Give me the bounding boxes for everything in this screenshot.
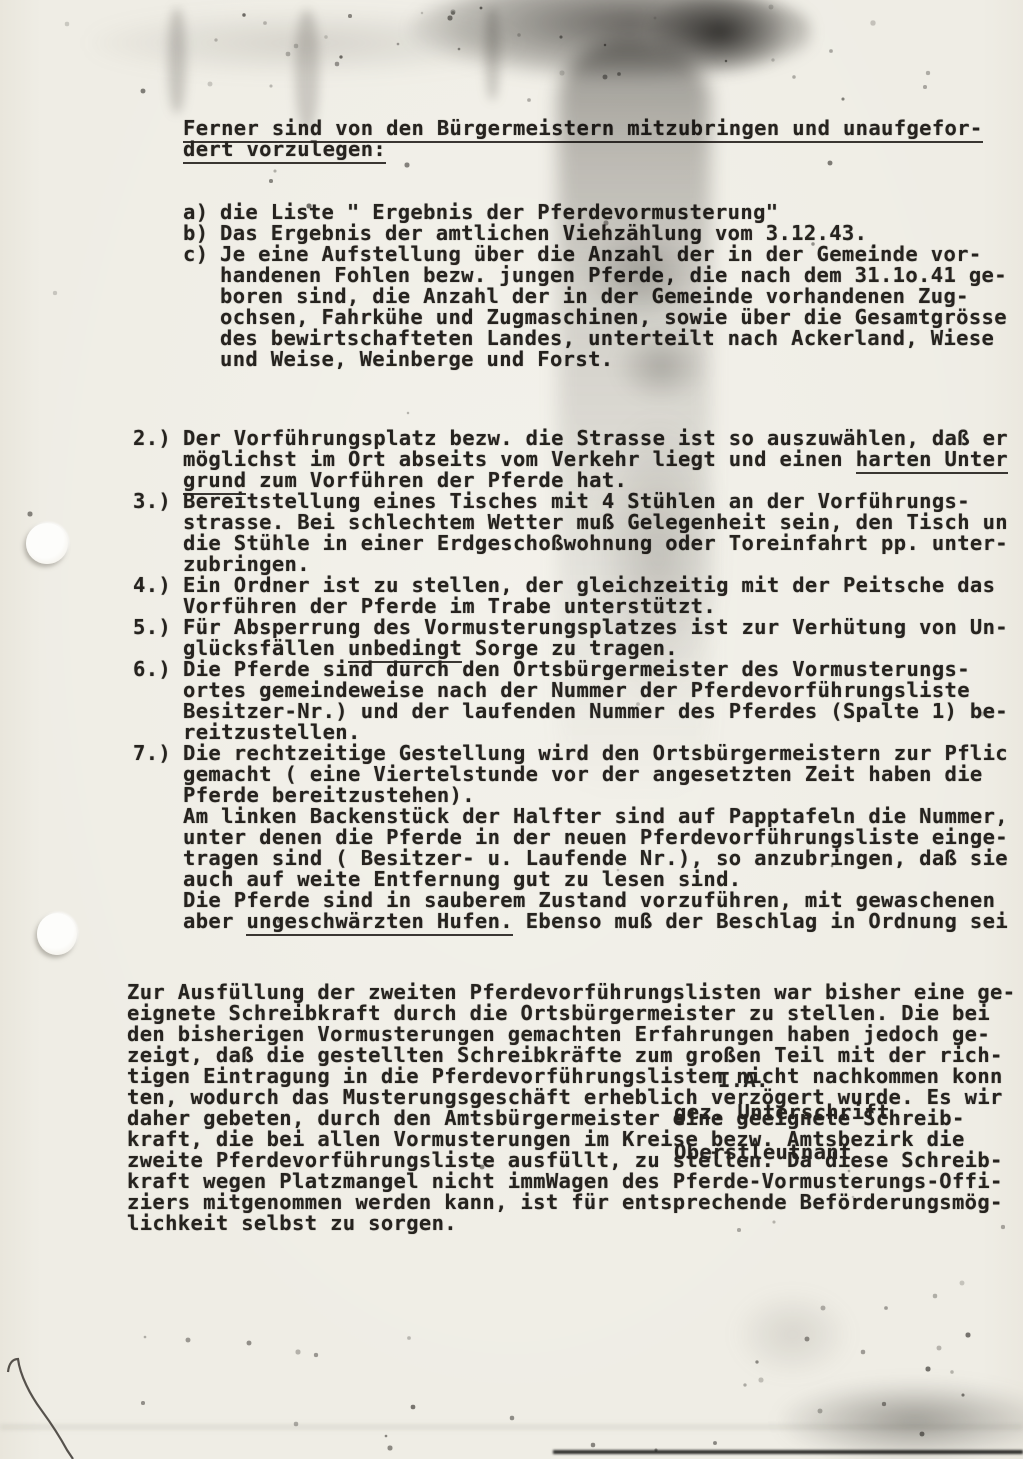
item-label: c) bbox=[183, 244, 220, 370]
text-line: Ferner sind von den Bürgermeistern mitzu… bbox=[183, 118, 1023, 139]
text-line: und Weise, Weinberge und Forst. bbox=[220, 349, 1007, 370]
lettered-item-c: c)Je eine Aufstellung über die Anzahl de… bbox=[183, 244, 1023, 370]
text-line: aber ungeschwärzten Hufen. Ebenso muß de… bbox=[183, 911, 1008, 932]
item-label: a) bbox=[183, 202, 220, 223]
text-line: ortes gemeindeweise nach der Nummer der … bbox=[183, 680, 1008, 701]
scan-smudge bbox=[645, 0, 795, 76]
item-lines: Das Ergebnis der amtlichen Viehzählung v… bbox=[220, 223, 867, 244]
text-line: glücksfällen unbedingt Sorge zu tragen. bbox=[183, 638, 1008, 659]
signature-block: I.A. gez. Unterschrift Oberstleutnant bbox=[674, 1068, 890, 1164]
text-line: die Liste " Ergebnis der Pferdevormuster… bbox=[220, 202, 778, 223]
text-line: Je eine Aufstellung über die Anzahl der … bbox=[220, 244, 1007, 265]
text-line: ziers mitgenommen werden kann, ist für e… bbox=[127, 1192, 1023, 1213]
scan-smudge bbox=[553, 1450, 1023, 1454]
text-line: Am linken Backenstück der Halfter sind a… bbox=[183, 806, 1008, 827]
text-line: Die rechtzeitige Gestellung wird den Ort… bbox=[183, 743, 1008, 764]
text-line: Vorführen der Pferde im Trabe unterstütz… bbox=[183, 596, 995, 617]
text-line: möglichst im Ort abseits vom Verkehr lie… bbox=[183, 449, 1008, 470]
intro-heading: Ferner sind von den Bürgermeistern mitzu… bbox=[183, 118, 1023, 160]
numbered-item-6: 6.)Die Pferde sind durch den Ortsbürgerm… bbox=[133, 659, 1023, 743]
text-line: Bereitstellung eines Tisches mit 4 Stühl… bbox=[183, 491, 1008, 512]
text-line: strasse. Bei schlechtem Wetter muß Geleg… bbox=[183, 512, 1008, 533]
item-label: 2.) bbox=[133, 428, 183, 491]
text-line: den bisherigen Vormusterungen gemachten … bbox=[127, 1024, 1023, 1045]
text-line: Der Vorführungsplatz bezw. die Strasse i… bbox=[183, 428, 1008, 449]
item-label: 3.) bbox=[133, 491, 183, 575]
text-line: eignete Schreibkraft durch die Ortsbürge… bbox=[127, 1003, 1023, 1024]
text-line: auch auf weite Entfernung gut zu lesen s… bbox=[183, 869, 1008, 890]
text-line: Ein Ordner ist zu stellen, der gleichzei… bbox=[183, 575, 995, 596]
text-line: gemacht ( eine Viertelstunde vor der ang… bbox=[183, 764, 1008, 785]
text-line: zubringen. bbox=[183, 554, 1008, 575]
item-label: 7.) bbox=[133, 743, 183, 932]
text-line: boren sind, die Anzahl der in der Gemein… bbox=[220, 286, 1007, 307]
text-line: handenen Fohlen bezw. jungen Pferde, die… bbox=[220, 265, 1007, 286]
item-label: 6.) bbox=[133, 659, 183, 743]
text-line: lichkeit selbst zu sorgen. bbox=[127, 1213, 1023, 1234]
numbered-item-3: 3.)Bereitstellung eines Tisches mit 4 St… bbox=[133, 491, 1023, 575]
text-line: des bewirtschafteten Landes, unterteilt … bbox=[220, 328, 1007, 349]
text-line: tragen sind ( Besitzer- u. Laufende Nr.)… bbox=[183, 848, 1008, 869]
signature-rank: Oberstleutnant bbox=[674, 1140, 890, 1164]
item-lines: Ein Ordner ist zu stellen, der gleichzei… bbox=[183, 575, 995, 617]
lettered-item-a: a)die Liste " Ergebnis der Pferdevormust… bbox=[183, 202, 1023, 223]
text-line: Das Ergebnis der amtlichen Viehzählung v… bbox=[220, 223, 867, 244]
numbered-item-4: 4.)Ein Ordner ist zu stellen, der gleich… bbox=[133, 575, 1023, 617]
punch-hole bbox=[37, 913, 77, 955]
item-lines: Bereitstellung eines Tisches mit 4 Stühl… bbox=[183, 491, 1008, 575]
signature-initials: I.A. bbox=[674, 1068, 890, 1100]
text-line: zeigt, daß die gestellten Schreibkräfte … bbox=[127, 1045, 1023, 1066]
text-line: Die Pferde sind durch den Ortsbürgermeis… bbox=[183, 659, 1008, 680]
item-label: b) bbox=[183, 223, 220, 244]
scan-smudge bbox=[0, 1424, 1023, 1430]
item-lines: Die rechtzeitige Gestellung wird den Ort… bbox=[183, 743, 1008, 932]
text-line: Für Absperrung des Vormusterungsplatzes … bbox=[183, 617, 1008, 638]
text-line: Pferde bereitzustehen). bbox=[183, 785, 1008, 806]
text-line: die Stühle in einer Erdgeschoßwohnung od… bbox=[183, 533, 1008, 554]
fold-crease bbox=[0, 1350, 170, 1459]
item-label: 4.) bbox=[133, 575, 183, 617]
scan-smudge bbox=[780, 1382, 1023, 1459]
text-line: Besitzer-Nr.) und der laufenden Nummer d… bbox=[183, 701, 1008, 722]
text-line: kraft wegen Platzmangel nicht immWagen d… bbox=[127, 1171, 1023, 1192]
text-line: reitzustellen. bbox=[183, 722, 1008, 743]
item-lines: Die Pferde sind durch den Ortsbürgermeis… bbox=[183, 659, 1008, 743]
item-label: 5.) bbox=[133, 617, 183, 659]
numbered-item-5: 5.)Für Absperrung des Vormusterungsplatz… bbox=[133, 617, 1023, 659]
item-lines: Je eine Aufstellung über die Anzahl der … bbox=[220, 244, 1007, 370]
text-line: Die Pferde sind in sauberem Zustand vorz… bbox=[183, 890, 1008, 911]
lettered-list: a)die Liste " Ergebnis der Pferdevormust… bbox=[127, 202, 1023, 370]
scan-smudge bbox=[410, 0, 810, 80]
scan-smudge bbox=[735, 1292, 850, 1377]
item-lines: Der Vorführungsplatz bezw. die Strasse i… bbox=[183, 428, 1008, 491]
numbered-item-7: 7.)Die rechtzeitige Gestellung wird den … bbox=[133, 743, 1023, 932]
item-lines: Für Absperrung des Vormusterungsplatzes … bbox=[183, 617, 1008, 659]
numbered-list: 2.)Der Vorführungsplatz bezw. die Strass… bbox=[127, 428, 1023, 932]
punch-hole bbox=[26, 523, 68, 564]
scanned-document-page: Ferner sind von den Bürgermeistern mitzu… bbox=[0, 0, 1023, 1459]
scan-speckles bbox=[0, 0, 2, 2]
text-line: unter denen die Pferde in der neuen Pfer… bbox=[183, 827, 1008, 848]
scan-smudge bbox=[90, 12, 520, 74]
item-lines: die Liste " Ergebnis der Pferdevormuster… bbox=[220, 202, 778, 223]
text-line: ochsen, Fahrkühe und Zugmaschinen, sowie… bbox=[220, 307, 1007, 328]
signature-signed: gez. Unterschrift bbox=[674, 1100, 890, 1140]
lettered-item-b: b)Das Ergebnis der amtlichen Viehzählung… bbox=[183, 223, 1023, 244]
numbered-item-2: 2.)Der Vorführungsplatz bezw. die Strass… bbox=[133, 428, 1023, 491]
text-line: Zur Ausfüllung der zweiten Pferdevorführ… bbox=[127, 982, 1023, 1003]
